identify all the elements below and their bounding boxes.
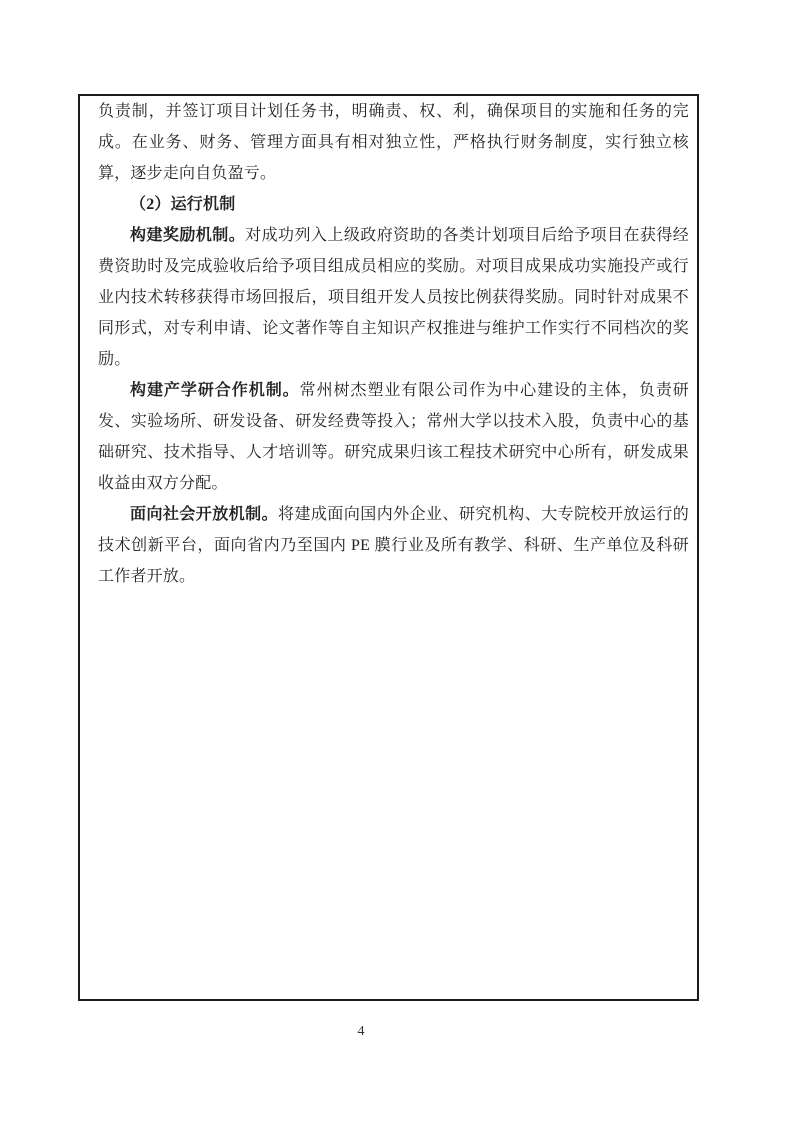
paragraph-open-to-society-mechanism: 面向社会开放机制。将建成面向国内外企业、研究机构、大专院校开放运行的技术创新平台… (98, 499, 689, 592)
paragraph-reward-mechanism: 构建奖励机制。对成功列入上级政府资助的各类计划项目后给予项目在获得经费资助时及完… (98, 220, 689, 375)
paragraph-text: 对成功列入上级政府资助的各类计划项目后给予项目在获得经费资助时及完成验收后给予项… (98, 227, 689, 368)
document-page: 负责制，并签订项目计划任务书，明确责、权、利，确保项目的实施和任务的完成。在业务… (0, 0, 793, 1122)
section-heading-text: （2）运行机制 (130, 196, 235, 213)
section-heading-operating-mechanism: （2）运行机制 (98, 189, 689, 220)
page-number: 4 (0, 1022, 722, 1042)
paragraph-bold-run: 构建产学研合作机制。 (130, 382, 300, 399)
paragraph-text: 负责制，并签订项目计划任务书，明确责、权、利，确保项目的实施和任务的完成。在业务… (98, 103, 689, 182)
document-table-cell: 负责制，并签订项目计划任务书，明确责、权、利，确保项目的实施和任务的完成。在业务… (78, 94, 699, 1001)
paragraph-bold-run: 面向社会开放机制。 (130, 506, 278, 523)
paragraph-bold-run: 构建奖励机制。 (130, 227, 245, 244)
paragraph-continuation: 负责制，并签订项目计划任务书，明确责、权、利，确保项目的实施和任务的完成。在业务… (98, 96, 689, 189)
paragraph-industry-university-research-mechanism: 构建产学研合作机制。常州树杰塑业有限公司作为中心建设的主体，负责研发、实验场所、… (98, 375, 689, 499)
